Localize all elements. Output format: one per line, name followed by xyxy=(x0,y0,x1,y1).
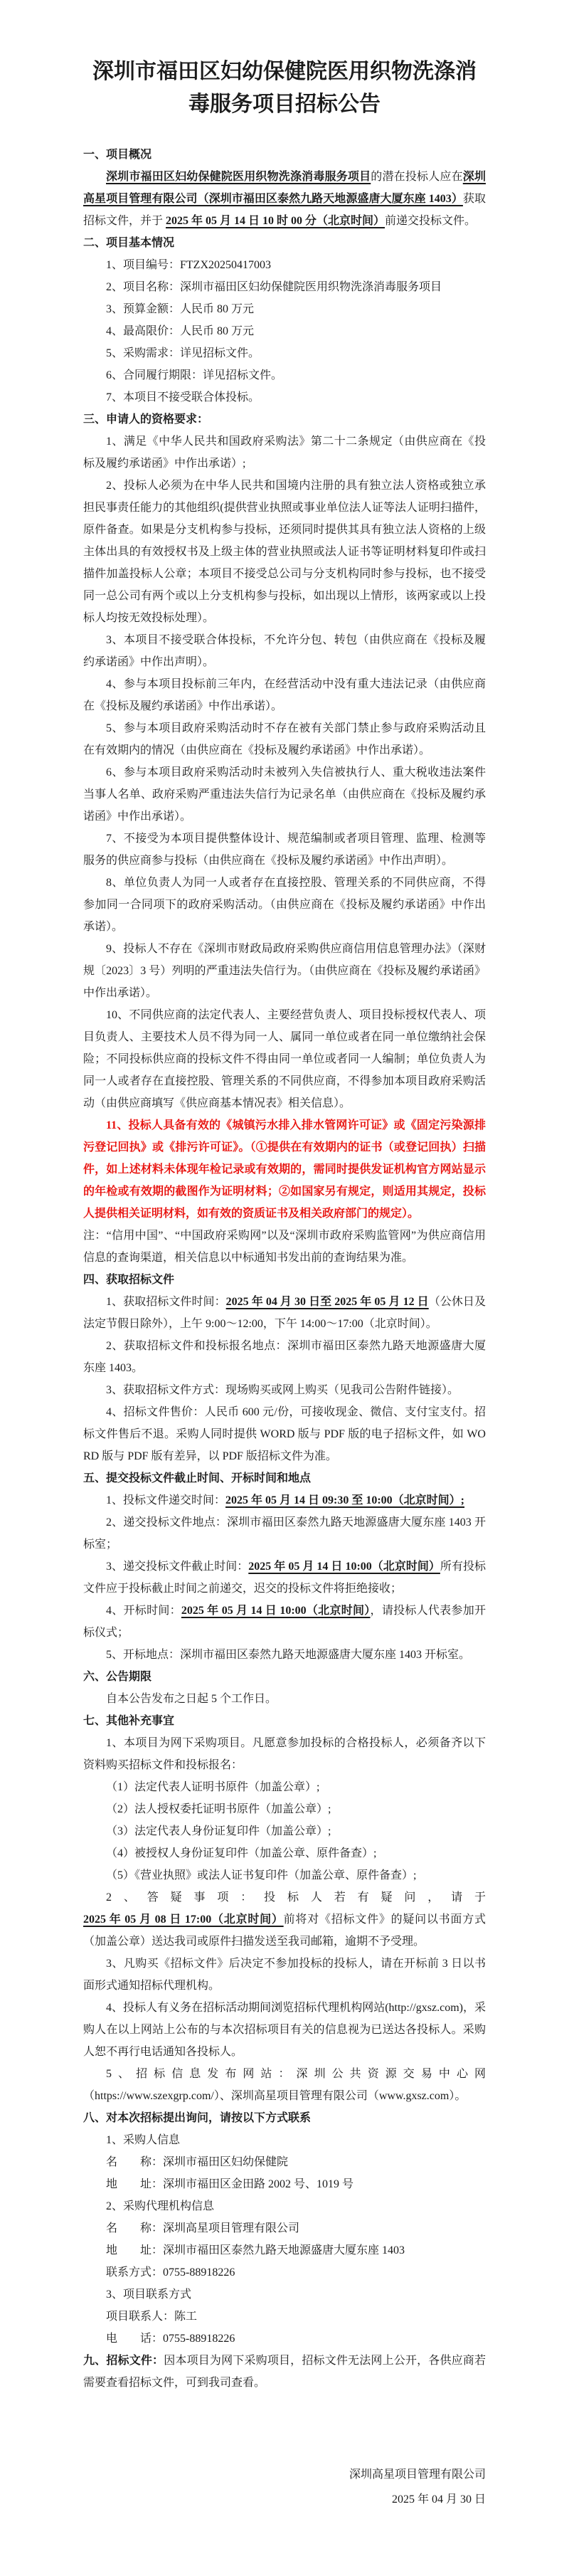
project-overview-paragraph: 深圳市福田区妇幼保健院医用织物洗涤消毒服务项目的潜在投标人应在深圳高星项目管理有… xyxy=(83,166,486,232)
text-segment: （4）被授权人身份证复印件（加盖公章、原件备查）; xyxy=(106,1847,376,1859)
footer-date: 2025 年 04 月 30 日 xyxy=(83,2487,486,2512)
text-segment: 3、本项目不接受联合体投标，不允许分包、转包（由供应商在《投标及履约承诺函》中作… xyxy=(83,634,486,668)
tender-announcement-document: 深圳市福田区妇幼保健院医用织物洗涤消毒服务项目招标公告 一、项目概况深圳市福田区… xyxy=(0,0,569,2576)
obtain-time: 1、获取招标文件时间：2025 年 04 月 30 日至 2025 年 05 月… xyxy=(83,1291,486,1335)
text-segment: 6、参与本项目政府采购活动时未被列入失信被执行人、重大税收违法案件当事人名单、政… xyxy=(83,766,486,823)
text-segment: 名 称：深圳高星项目管理有限公司 xyxy=(106,2222,299,2234)
qualification-2: 2、投标人必须为在中华人民共和国境内注册的具有独立法人资格或独立承担民事责任能力… xyxy=(83,475,486,629)
document-price: 4、招标文件售价：人民币 600 元/份，可接收现金、微信、支付宝支付。招标文件… xyxy=(83,1401,486,1467)
text-segment: 5、开标地点：深圳市福田区泰然九路天地源盛唐大厦东座 1403 开标室。 xyxy=(106,1649,470,1661)
agency-phone: 联系方式：0755-88918226 xyxy=(83,2261,486,2284)
procurement-demand: 5、采购需求：详见招标文件。 xyxy=(83,342,486,364)
text-segment: 5、参与本项目政府采购活动时不存在被有关部门禁止参与政府采购活动且在有效期内的情… xyxy=(83,722,486,756)
project-number: 1、项目编号：FTZX20250417003 xyxy=(83,254,486,276)
obtain-place: 2、获取招标文件和投标报名地点：深圳市福田区泰然九路天地源盛唐大厦东座 1403… xyxy=(83,1335,486,1379)
text-segment: 5、采购需求：详见招标文件。 xyxy=(106,347,260,359)
text-segment: 自本公告发布之日起 5 个工作日。 xyxy=(106,1693,277,1705)
section-8-heading: 八、对本次招标提出询问，请按以下方式联系 xyxy=(83,2107,486,2129)
section-9-paragraph: 九、招标文件：因本项目为网下采购项目，招标文件无法网上公开，各供应商若需要查看招… xyxy=(83,2350,486,2394)
supplement-3: 3、凡购买《招标文件》后决定不参加投标的投标人，请在开标前 3 日以书面形式通知… xyxy=(83,1953,486,1997)
purchaser-address: 地 址：深圳市福田区金田路 2002 号、1019 号 xyxy=(83,2173,486,2195)
text-segment: 电 话：0755-88918226 xyxy=(106,2333,235,2345)
bid-deadline: 3、递交投标文件截止时间：2025 年 05 月 14 日 10:00（北京时间… xyxy=(83,1556,486,1600)
text-segment: （2）法人授权委托证明书原件（加盖公章）; xyxy=(106,1803,331,1815)
text-segment: 3、预算金额：人民币 80 万元 xyxy=(106,303,254,315)
section-5-heading: 五、提交投标文件截止时间、开标时间和地点 xyxy=(83,1467,486,1489)
text-segment: 2、递交投标文件地点：深圳市福田区泰然九路天地源盛唐大厦东座 1403 开标室； xyxy=(83,1516,486,1551)
text-segment: 三、申请人的资格要求： xyxy=(83,413,208,426)
qualification-10: 10、不同供应商的法定代表人、主要经营负责人、项目投标授权代表人、项目负责人、主… xyxy=(83,1004,486,1114)
text-segment: 六、公告期限 xyxy=(83,1671,151,1683)
material-5: （5）《营业执照》或法人证书复印件（加盖公章、原件备查）; xyxy=(83,1864,486,1886)
text-segment: 6、合同履行期限：详见招标文件。 xyxy=(106,369,282,381)
text-segment: 4、招标文件售价：人民币 600 元/份，可接收现金、微信、支付宝支付。招标文件… xyxy=(83,1406,486,1462)
section-1-heading: 一、项目概况 xyxy=(83,144,486,166)
text-segment: 1、投标文件递交时间： xyxy=(106,1494,225,1506)
text-segment: 1、采购人信息 xyxy=(106,2134,180,2146)
text-segment: 注：“信用中国”、“中国政府采购网”以及“深圳市政府采购监管网”为供应商信用信息… xyxy=(83,1230,486,1264)
text-segment: 深圳市福田区妇幼保健院医用织物洗涤消毒服务项目 xyxy=(106,171,371,183)
text-segment: 二、项目基本情况 xyxy=(83,237,174,249)
text-segment: 项目联系人：陈工 xyxy=(106,2311,197,2323)
text-segment: 7、不接受为本项目提供整体设计、规范编制或者项目管理、监理、检测等服务的供应商参… xyxy=(83,833,486,867)
text-segment: 2、项目名称：深圳市福田区妇幼保健院医用织物洗涤消毒服务项目 xyxy=(106,281,442,293)
text-segment: 4、参与本项目投标前三年内，在经营活动中没有重大违法记录（由供应商在《投标及履约… xyxy=(83,678,486,712)
text-segment: （5）《营业执照》或法人证书复印件（加盖公章、原件备查）; xyxy=(106,1869,416,1881)
max-price: 4、最高限价：人民币 80 万元 xyxy=(83,320,486,342)
text-segment: 2025 年 05 月 14 日 10:00（北京时间） xyxy=(181,1605,371,1617)
text-segment: 1、项目编号：FTZX20250417003 xyxy=(106,259,271,271)
supplement-5-line1: 5、招标信息发布网站：深圳公共资源交易中心网 xyxy=(83,2063,486,2085)
page-title: 深圳市福田区妇幼保健院医用织物洗涤消毒服务项目招标公告 xyxy=(92,56,477,121)
text-segment: 2025 年 05 月 14 日 10 时 00 分（北京时间） xyxy=(166,215,385,227)
agency-name: 名 称：深圳高星项目管理有限公司 xyxy=(83,2217,486,2239)
text-segment: 九、招标文件： xyxy=(83,2355,164,2367)
text-segment: 一、项目概况 xyxy=(83,149,151,161)
text-segment: （https://www.szexgrp.com/）、深圳高星项目管理有限公司（… xyxy=(83,2090,466,2102)
text-segment: 10、不同供应商的法定代表人、主要经营负责人、项目投标授权代表人、项目负责人、主… xyxy=(83,1009,486,1109)
text-segment: 八、对本次招标提出询问，请按以下方式联系 xyxy=(83,2112,311,2124)
text-segment: 2、获取招标文件和投标报名地点：深圳市福田区泰然九路天地源盛唐大厦东座 1403… xyxy=(83,1340,486,1374)
text-segment: 3、递交投标文件截止时间： xyxy=(106,1561,248,1573)
bid-opening-time: 4、开标时间：2025 年 05 月 14 日 10:00（北京时间），请投标人… xyxy=(83,1600,486,1644)
material-3: （3）法定代表人身份证复印件（加盖公章）; xyxy=(83,1820,486,1842)
text-segment: 前递交投标文件。 xyxy=(385,215,476,227)
qualification-3: 3、本项目不接受联合体投标，不允许分包、转包（由供应商在《投标及履约承诺函》中作… xyxy=(83,629,486,673)
text-segment: 2025 年 04 月 30 日至 2025 年 05 月 12 日 xyxy=(226,1296,429,1308)
text-segment: 3、凡购买《招标文件》后决定不参加投标的投标人，请在开标前 3 日以书面形式通知… xyxy=(83,1958,486,1992)
qualification-9: 9、投标人不存在《深圳市财政局政府采购供应商信用信息管理办法》（深财规〔2023… xyxy=(83,938,486,1004)
contract-period: 6、合同履行期限：详见招标文件。 xyxy=(83,364,486,386)
text-segment: 8、单位负责人为同一人或者存在直接控股、管理关系的不同供应商，不得参加同一合同项… xyxy=(83,877,486,933)
text-segment: 3、获取招标文件方式：现场购买或网上购买（见我司公告附件链接）。 xyxy=(106,1384,459,1396)
qualification-1: 1、满足《中华人民共和国政府采购法》第二十二条规定（由供应商在《投标及履约承诺函… xyxy=(83,431,486,475)
text-segment: 的潜在投标人应在 xyxy=(371,171,463,183)
text-segment: 3、项目联系方式 xyxy=(106,2289,191,2301)
qualification-5: 5、参与本项目政府采购活动时不存在被有关部门禁止参与政府采购活动且在有效期内的情… xyxy=(83,717,486,761)
document-body: 一、项目概况深圳市福田区妇幼保健院医用织物洗涤消毒服务项目的潜在投标人应在深圳高… xyxy=(83,144,486,2394)
project-contact-heading: 3、项目联系方式 xyxy=(83,2284,486,2306)
section-7-heading: 七、其他补充事宜 xyxy=(83,1710,486,1732)
project-contact-person: 项目联系人：陈工 xyxy=(83,2306,486,2328)
qualification-8: 8、单位负责人为同一人或者存在直接控股、管理关系的不同供应商，不得参加同一合同项… xyxy=(83,872,486,938)
text-segment: 2、答疑事项：投标人若有疑问，请于 xyxy=(106,1891,486,1904)
supplement-2: 2、答疑事项：投标人若有疑问，请于 2025 年 05 月 08 日 17:00… xyxy=(83,1886,486,1953)
text-segment: 地 址：深圳市福田区金田路 2002 号、1019 号 xyxy=(106,2178,353,2190)
budget-amount: 3、预算金额：人民币 80 万元 xyxy=(83,298,486,320)
material-2: （2）法人授权委托证明书原件（加盖公章）; xyxy=(83,1798,486,1820)
text-segment: 联系方式：0755-88918226 xyxy=(106,2266,235,2279)
supplement-5-line2: （https://www.szexgrp.com/）、深圳高星项目管理有限公司（… xyxy=(83,2085,486,2107)
text-segment: 1、获取招标文件时间： xyxy=(106,1296,226,1308)
supplement-1: 1、本项目为网下采购项目。凡愿意参加投标的合格投标人，必须备齐以下资料购买招标文… xyxy=(83,1732,486,1776)
text-segment: 1、本项目为网下采购项目。凡愿意参加投标的合格投标人，必须备齐以下资料购买招标文… xyxy=(83,1737,486,1771)
project-contact-phone: 电 话：0755-88918226 xyxy=(83,2328,486,2350)
text-segment: 4、投标人有义务在招标活动期间浏览招标代理机构网站(http://gxsz.co… xyxy=(83,2002,486,2058)
no-consortium: 7、本项目不接受联合体投标。 xyxy=(83,386,486,408)
agency-address: 地 址：深圳市福田区泰然九路天地源盛唐大厦东座 1403 xyxy=(83,2239,486,2261)
material-4: （4）被授权人身份证复印件（加盖公章、原件备查）; xyxy=(83,1842,486,1864)
text-segment: 四、获取招标文件 xyxy=(83,1274,174,1286)
text-segment: 1、满足《中华人民共和国政府采购法》第二十二条规定（由供应商在《投标及履约承诺函… xyxy=(83,436,486,470)
text-segment: 4、开标时间： xyxy=(106,1605,181,1617)
text-segment: 7、本项目不接受联合体投标。 xyxy=(106,391,260,403)
document-footer: 深圳高星项目管理有限公司 2025 年 04 月 30 日 xyxy=(83,2462,486,2512)
text-segment: 2、投标人必须为在中华人民共和国境内注册的具有独立法人资格或独立承担民事责任能力… xyxy=(83,480,486,624)
material-1: （1）法定代表人证明书原件（加盖公章）; xyxy=(83,1776,486,1798)
qualification-6: 6、参与本项目政府采购活动时未被列入失信被执行人、重大税收违法案件当事人名单、政… xyxy=(83,761,486,828)
credit-note: 注：“信用中国”、“中国政府采购网”以及“深圳市政府采购监管网”为供应商信用信息… xyxy=(83,1225,486,1269)
text-segment: 五、提交投标文件截止时间、开标时间和地点 xyxy=(83,1472,311,1484)
text-segment: 2、采购代理机构信息 xyxy=(106,2200,214,2212)
text-segment: 11、投标人具备有效的《城镇污水排入排水管网许可证》或《固定污染源排污登记回执》… xyxy=(83,1119,486,1220)
project-name: 2、项目名称：深圳市福田区妇幼保健院医用织物洗涤消毒服务项目 xyxy=(83,276,486,298)
bid-opening-place: 5、开标地点：深圳市福田区泰然九路天地源盛唐大厦东座 1403 开标室。 xyxy=(83,1644,486,1666)
text-segment: 名 称：深圳市福田区妇幼保健院 xyxy=(106,2156,288,2168)
text-segment: 5、招标信息发布网站：深圳公共资源交易中心网 xyxy=(106,2068,486,2080)
supplement-4: 4、投标人有义务在招标活动期间浏览招标代理机构网站(http://gxsz.co… xyxy=(83,1997,486,2063)
bid-submit-time: 1、投标文件递交时间：2025 年 05 月 14 日 09:30 至 10:0… xyxy=(83,1489,486,1511)
section-4-heading: 四、获取招标文件 xyxy=(83,1269,486,1291)
agency-info-heading: 2、采购代理机构信息 xyxy=(83,2195,486,2217)
text-segment: 2025 年 05 月 08 日 17:00（北京时间） xyxy=(83,1913,284,1926)
purchaser-name: 名 称：深圳市福田区妇幼保健院 xyxy=(83,2151,486,2173)
text-segment: （1）法定代表人证明书原件（加盖公章）; xyxy=(106,1781,319,1793)
text-segment: 2025 年 05 月 14 日 09:30 至 10:00（北京时间）; xyxy=(225,1494,464,1506)
qualification-7: 7、不接受为本项目提供整体设计、规范编制或者项目管理、监理、检测等服务的供应商参… xyxy=(83,828,486,872)
text-segment: 地 址：深圳市福田区泰然九路天地源盛唐大厦东座 1403 xyxy=(106,2244,405,2256)
text-segment: 七、其他补充事宜 xyxy=(83,1715,174,1727)
text-segment: 9、投标人不存在《深圳市财政局政府采购供应商信用信息管理办法》（深财规〔2023… xyxy=(83,943,486,999)
obtain-method: 3、获取招标文件方式：现场购买或网上购买（见我司公告附件链接）。 xyxy=(83,1379,486,1401)
qualification-4: 4、参与本项目投标前三年内，在经营活动中没有重大违法记录（由供应商在《投标及履约… xyxy=(83,673,486,717)
text-segment: （3）法定代表人身份证复印件（加盖公章）; xyxy=(106,1825,331,1837)
section-3-heading: 三、申请人的资格要求： xyxy=(83,408,486,431)
section-2-heading: 二、项目基本情况 xyxy=(83,232,486,254)
footer-agency-name: 深圳高星项目管理有限公司 xyxy=(83,2462,486,2487)
text-segment: 4、最高限价：人民币 80 万元 xyxy=(106,325,254,337)
qualification-11-red: 11、投标人具备有效的《城镇污水排入排水管网许可证》或《固定污染源排污登记回执》… xyxy=(83,1114,486,1225)
announcement-period: 自本公告发布之日起 5 个工作日。 xyxy=(83,1688,486,1710)
section-6-heading: 六、公告期限 xyxy=(83,1666,486,1688)
purchaser-info-heading: 1、采购人信息 xyxy=(83,2129,486,2151)
text-segment: 2025 年 05 月 14 日 10:00（北京时间） xyxy=(248,1561,440,1573)
bid-submit-place: 2、递交投标文件地点：深圳市福田区泰然九路天地源盛唐大厦东座 1403 开标室； xyxy=(83,1511,486,1556)
